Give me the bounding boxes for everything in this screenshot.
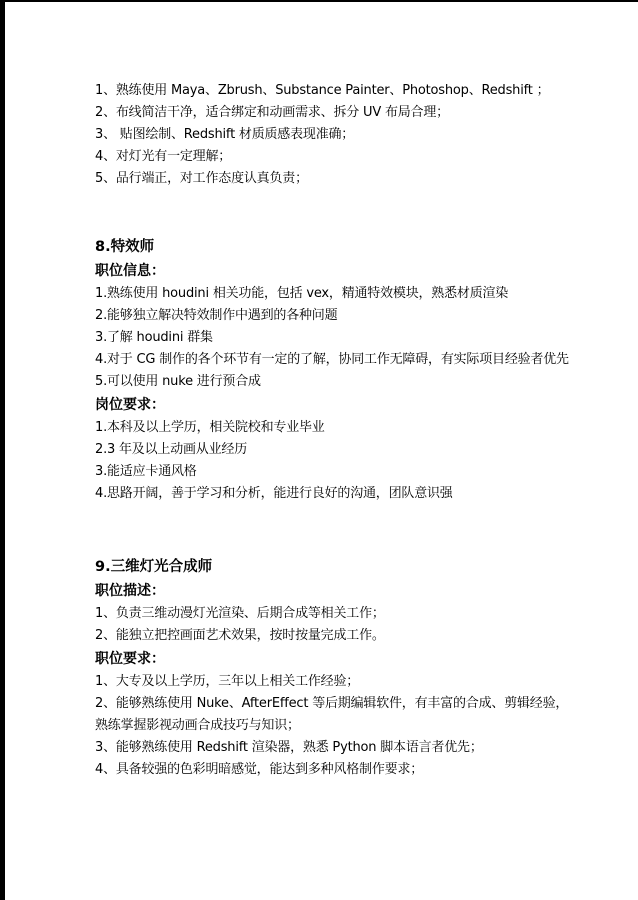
list-item: 2.3 年及以上动画从业经历 bbox=[95, 439, 595, 461]
list-item: 3、 贴图绘制、Redshift 材质质感表现准确； bbox=[95, 124, 595, 146]
list-item: 2、布线简洁干净，适合绑定和动画需求、拆分 UV 布局合理； bbox=[95, 102, 595, 124]
list-item: 4、具备较强的色彩明暗感觉，能达到多种风格制作要求； bbox=[95, 759, 595, 781]
previous-section-requirements: 1、熟练使用 Maya、Zbrush、Substance Painter、Pho… bbox=[95, 80, 595, 190]
page-left-border bbox=[0, 0, 5, 900]
requirements-heading: 岗位要求： bbox=[95, 393, 595, 417]
list-item: 2、能够熟练使用 Nuke、AfterEffect 等后期编辑软件，有丰富的合成… bbox=[95, 693, 595, 715]
list-item: 1.本科及以上学历，相关院校和专业毕业 bbox=[95, 417, 595, 439]
list-item-continuation: 熟练掌握影视动画合成技巧与知识； bbox=[95, 715, 595, 737]
list-item: 1、大专及以上学历，三年以上相关工作经验； bbox=[95, 671, 595, 693]
section-vfx-artist: 8.特效师 职位信息： 1.熟练使用 houdini 相关功能，包括 vex，精… bbox=[95, 235, 595, 505]
list-item: 3、能够熟练使用 Redshift 渲染器，熟悉 Python 脚本语言者优先； bbox=[95, 737, 595, 759]
section-title: 8.特效师 bbox=[95, 235, 595, 259]
job-description-heading: 职位描述： bbox=[95, 579, 595, 603]
list-item: 3.能适应卡通风格 bbox=[95, 461, 595, 483]
list-item: 1、熟练使用 Maya、Zbrush、Substance Painter、Pho… bbox=[95, 80, 595, 102]
requirements-heading: 职位要求： bbox=[95, 647, 595, 671]
job-info-heading: 职位信息： bbox=[95, 259, 595, 283]
list-item: 3.了解 houdini 群集 bbox=[95, 327, 595, 349]
list-item: 5.可以使用 nuke 进行预合成 bbox=[95, 371, 595, 393]
page-top-border bbox=[0, 0, 638, 2]
list-item: 5、品行端正，对工作态度认真负责； bbox=[95, 168, 595, 190]
section-3d-lighting-compositor: 9.三维灯光合成师 职位描述： 1、负责三维动漫灯光渲染、后期合成等相关工作； … bbox=[95, 555, 595, 781]
list-item: 2、能独立把控画面艺术效果，按时按量完成工作。 bbox=[95, 625, 595, 647]
list-item: 1、负责三维动漫灯光渲染、后期合成等相关工作； bbox=[95, 603, 595, 625]
list-item: 4、对灯光有一定理解； bbox=[95, 146, 595, 168]
section-title: 9.三维灯光合成师 bbox=[95, 555, 595, 579]
list-item: 2.能够独立解决特效制作中遇到的各种问题 bbox=[95, 305, 595, 327]
list-item: 4.思路开阔，善于学习和分析，能进行良好的沟通，团队意识强 bbox=[95, 483, 595, 505]
list-item: 1.熟练使用 houdini 相关功能，包括 vex，精通特效模块，熟悉材质渲染 bbox=[95, 283, 595, 305]
list-item: 4.对于 CG 制作的各个环节有一定的了解，协同工作无障碍，有实际项目经验者优先 bbox=[95, 349, 595, 371]
